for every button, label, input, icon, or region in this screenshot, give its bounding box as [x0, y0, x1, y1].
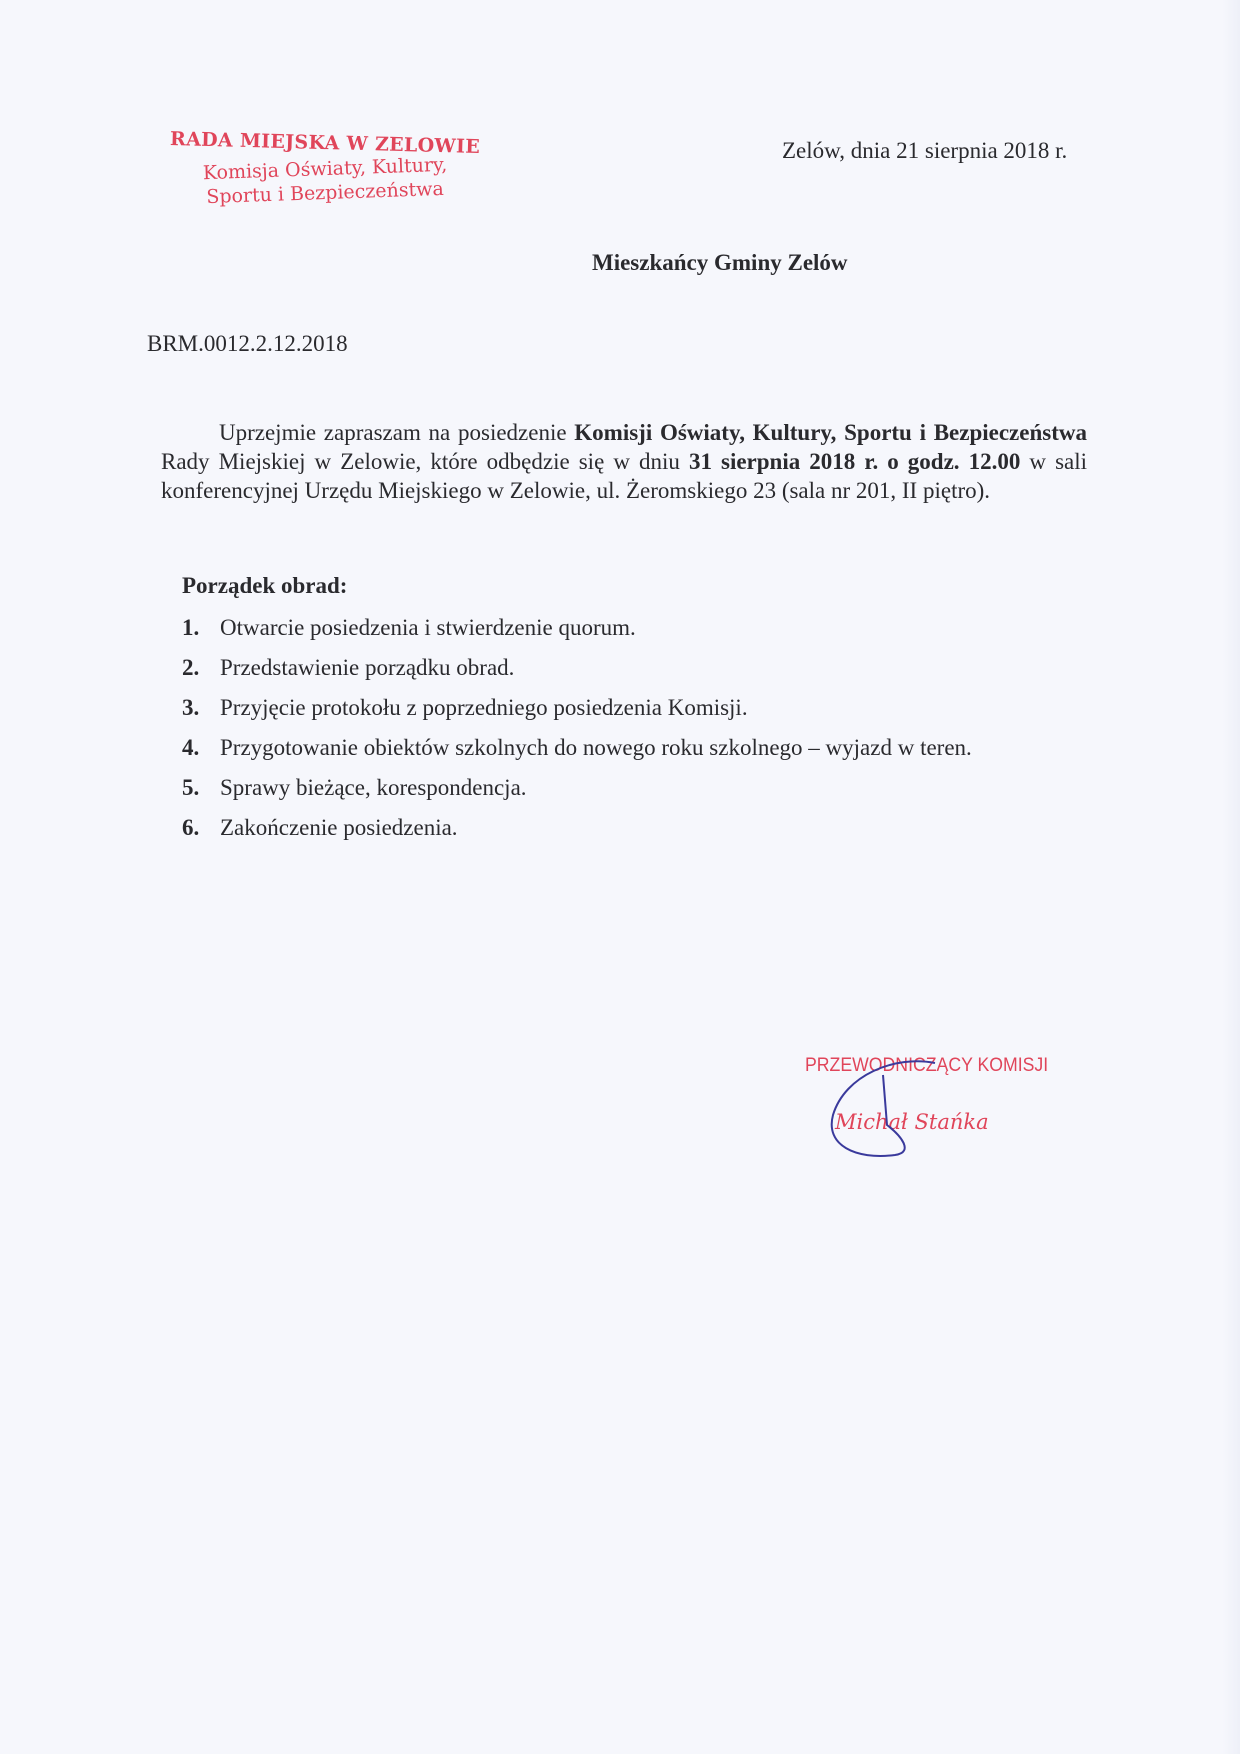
agenda-item-text: Sprawy bieżące, korespondencja.: [220, 775, 527, 800]
handwritten-signature-icon: [805, 1035, 945, 1165]
committee-name: Komisji Oświaty, Kultury, Sportu i Bezpi…: [574, 420, 1087, 445]
agenda-item-text: Przedstawienie porządku obrad.: [220, 655, 514, 680]
agenda-item-text: Zakończenie posiedzenia.: [220, 815, 458, 840]
body-text-1: Uprzejmie zapraszam na posiedzenie: [219, 420, 574, 445]
agenda-item: 2.Przedstawienie porządku obrad.: [182, 655, 972, 695]
meeting-datetime: 31 sierpnia 2018 r. o godz. 12.00: [689, 449, 1020, 474]
agenda-item-number: 3.: [182, 695, 220, 721]
agenda-item-number: 6.: [182, 815, 220, 841]
agenda-item-number: 1.: [182, 615, 220, 641]
agenda-title: Porządek obrad:: [182, 573, 347, 599]
agenda-item-text: Przyjęcie protokołu z poprzedniego posie…: [220, 695, 748, 720]
document-date: Zelów, dnia 21 sierpnia 2018 r.: [782, 138, 1067, 164]
agenda-item-text: Przygotowanie obiektów szkolnych do nowe…: [220, 735, 972, 760]
agenda-item: 6.Zakończenie posiedzenia.: [182, 815, 972, 855]
agenda-item: 5.Sprawy bieżące, korespondencja.: [182, 775, 972, 815]
agenda-item-number: 4.: [182, 735, 220, 761]
agenda-item-text: Otwarcie posiedzenia i stwierdzenie quor…: [220, 615, 636, 640]
page-edge: [1222, 0, 1240, 1754]
invitation-paragraph: Uprzejmie zapraszam na posiedzenie Komis…: [161, 418, 1087, 505]
agenda-item: 1.Otwarcie posiedzenia i stwierdzenie qu…: [182, 615, 972, 655]
agenda-item-number: 5.: [182, 775, 220, 801]
recipient: Mieszkańcy Gminy Zelów: [592, 250, 848, 276]
agenda-item-number: 2.: [182, 655, 220, 681]
agenda-item: 4.Przygotowanie obiektów szkolnych do no…: [182, 735, 972, 775]
agenda-list: 1.Otwarcie posiedzenia i stwierdzenie qu…: [182, 615, 972, 855]
reference-number: BRM.0012.2.12.2018: [147, 331, 348, 357]
body-text-2: Rady Miejskiej w Zelowie, które odbędzie…: [161, 449, 689, 474]
agenda-item: 3.Przyjęcie protokołu z poprzedniego pos…: [182, 695, 972, 735]
signature-block: PRZEWODNICZĄCY KOMISJI Michał Stańka: [805, 1055, 1045, 1165]
council-stamp: RADA MIEJSKA W ZELOWIE Komisja Oświaty, …: [170, 132, 480, 204]
